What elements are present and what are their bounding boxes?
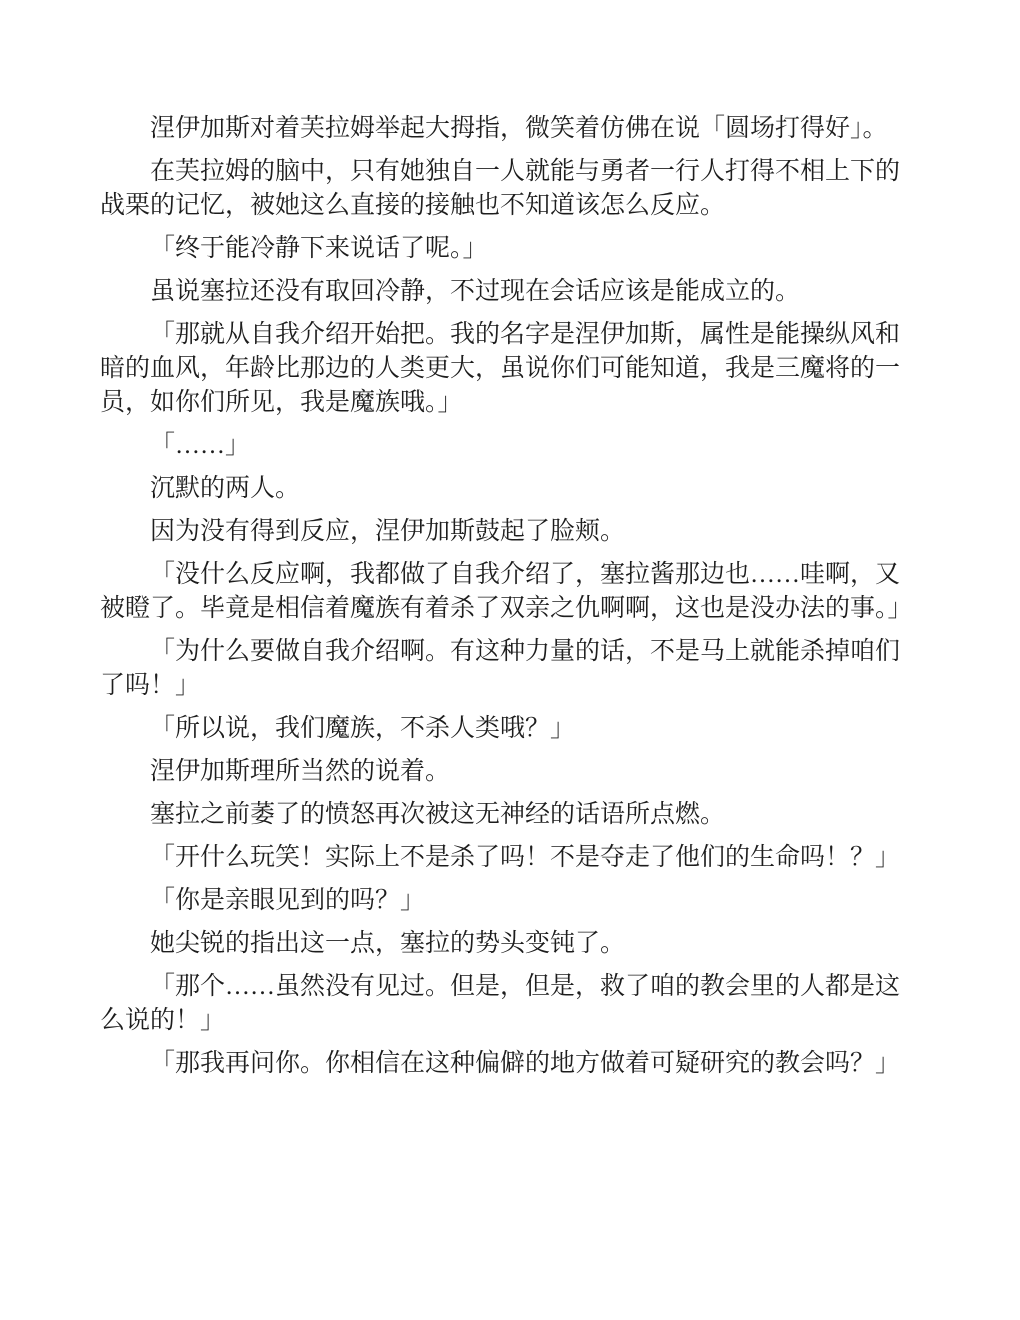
document-page: 涅伊加斯对着芙拉姆举起大拇指，微笑着仿佛在说「圆场打得好」。在芙拉姆的脑中，只有… <box>0 0 1020 1320</box>
paragraph: 涅伊加斯理所当然的说着。 <box>100 755 920 789</box>
paragraph: 「开什么玩笑！实际上不是杀了吗！不是夺走了他们的生命吗！？」 <box>100 841 920 875</box>
paragraph: 沉默的两人。 <box>100 472 920 506</box>
paragraph: 「为什么要做自我介绍啊。有这种力量的话，不是马上就能杀掉咱们了吗！」 <box>100 635 920 703</box>
paragraph: 「那个……虽然没有见过。但是，但是，救了咱的教会里的人都是这么说的！」 <box>100 970 920 1038</box>
paragraph: 「那就从自我介绍开始把。我的名字是涅伊加斯，属性是能操纵风和暗的血风，年龄比那边… <box>100 318 920 420</box>
paragraph: 「你是亲眼见到的吗？」 <box>100 884 920 918</box>
paragraph: 虽说塞拉还没有取回冷静，不过现在会话应该是能成立的。 <box>100 275 920 309</box>
paragraph: 她尖锐的指出这一点，塞拉的势头变钝了。 <box>100 927 920 961</box>
paragraph: 「那我再问你。你相信在这种偏僻的地方做着可疑研究的教会吗？」 <box>100 1047 920 1081</box>
paragraph: 「没什么反应啊，我都做了自我介绍了，塞拉酱那边也……哇啊，又被瞪了。毕竟是相信着… <box>100 558 920 626</box>
paragraph: 因为没有得到反应，涅伊加斯鼓起了脸颊。 <box>100 515 920 549</box>
paragraph: 涅伊加斯对着芙拉姆举起大拇指，微笑着仿佛在说「圆场打得好」。 <box>100 112 920 146</box>
paragraph: 塞拉之前萎了的愤怒再次被这无神经的话语所点燃。 <box>100 798 920 832</box>
paragraph: 在芙拉姆的脑中，只有她独自一人就能与勇者一行人打得不相上下的战栗的记忆，被她这么… <box>100 155 920 223</box>
paragraph: 「终于能冷静下来说话了呢。」 <box>100 232 920 266</box>
paragraph: 「……」 <box>100 429 920 463</box>
paragraph: 「所以说，我们魔族，不杀人类哦？」 <box>100 712 920 746</box>
text-content: 涅伊加斯对着芙拉姆举起大拇指，微笑着仿佛在说「圆场打得好」。在芙拉姆的脑中，只有… <box>100 112 920 1090</box>
